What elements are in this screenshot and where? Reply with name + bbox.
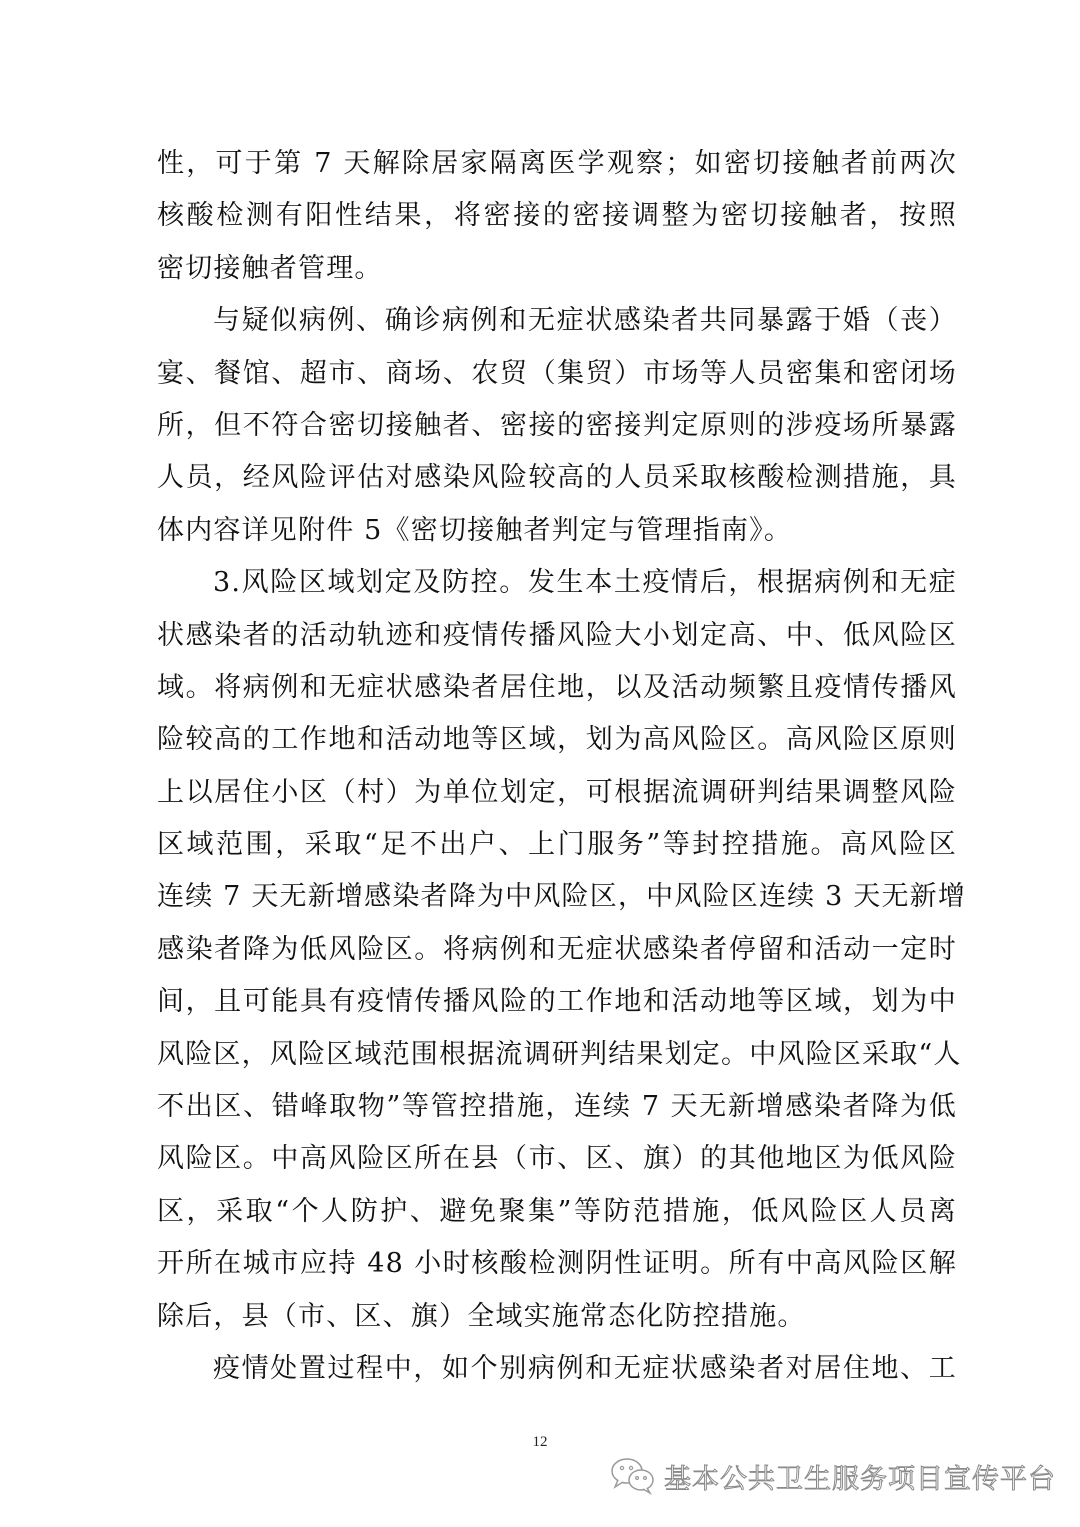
text-line: 密切接触者管理。 [157, 243, 957, 295]
document-page: 性，可于第 7 天解除居家隔离医学观察；如密切接触者前两次 核酸检测有阳性结果，… [0, 0, 1080, 1527]
text-line: 性，可于第 7 天解除居家隔离医学观察；如密切接触者前两次 [157, 138, 957, 190]
text-line: 连续 7 天无新增感染者降为中风险区，中风险区连续 3 天无新增 [157, 871, 957, 923]
document-body: 性，可于第 7 天解除居家隔离医学观察；如密切接触者前两次 核酸检测有阳性结果，… [157, 138, 957, 1395]
text-line: 区域范围，采取“足不出户、上门服务”等封控措施。高风险区 [157, 819, 957, 871]
text-line: 不出区、错峰取物”等管控措施，连续 7 天无新增感染者降为低 [157, 1081, 957, 1133]
paragraph-start-line: 与疑似病例、确诊病例和无症状感染者共同暴露于婚（丧） [157, 295, 957, 347]
text-line: 状感染者的活动轨迹和疫情传播风险大小划定高、中、低风险区 [157, 610, 957, 662]
watermark: 基本公共卫生服务项目宣传平台 [610, 1456, 1056, 1496]
text-line: 除后，县（市、区、旗）全域实施常态化防控措施。 [157, 1291, 957, 1343]
text-line: 所，但不符合密切接触者、密接的密接判定原则的涉疫场所暴露 [157, 400, 957, 452]
text-line: 风险区，风险区域范围根据流调研判结果划定。中风险区采取“人 [157, 1029, 957, 1081]
text-line: 宴、餐馆、超市、商场、农贸（集贸）市场等人员密集和密闭场 [157, 348, 957, 400]
text-line: 险较高的工作地和活动地等区域，划为高风险区。高风险区原则 [157, 714, 957, 766]
text-line: 感染者降为低风险区。将病例和无症状感染者停留和活动一定时 [157, 924, 957, 976]
text-line: 上以居住小区（村）为单位划定，可根据流调研判结果调整风险 [157, 767, 957, 819]
paragraph-start-line: 疫情处置过程中，如个别病例和无症状感染者对居住地、工 [157, 1343, 957, 1395]
wechat-icon [610, 1456, 656, 1496]
page-number: 12 [0, 1434, 1080, 1451]
text-line: 区，采取“个人防护、避免聚集”等防范措施，低风险区人员离 [157, 1186, 957, 1238]
text-line: 间，且可能具有疫情传播风险的工作地和活动地等区域，划为中 [157, 976, 957, 1028]
text-line: 风险区。中高风险区所在县（市、区、旗）的其他地区为低风险 [157, 1133, 957, 1185]
text-line: 核酸检测有阳性结果，将密接的密接调整为密切接触者，按照 [157, 190, 957, 242]
watermark-text: 基本公共卫生服务项目宣传平台 [664, 1457, 1056, 1496]
text-line: 体内容详见附件 5《密切接触者判定与管理指南》。 [157, 505, 957, 557]
text-line: 开所在城市应持 48 小时核酸检测阴性证明。所有中高风险区解 [157, 1238, 957, 1290]
text-line: 域。将病例和无症状感染者居住地，以及活动频繁且疫情传播风 [157, 662, 957, 714]
text-line: 人员，经风险评估对感染风险较高的人员采取核酸检测措施，具 [157, 452, 957, 504]
section-heading-line: 3.风险区域划定及防控。发生本土疫情后，根据病例和无症 [157, 557, 957, 609]
